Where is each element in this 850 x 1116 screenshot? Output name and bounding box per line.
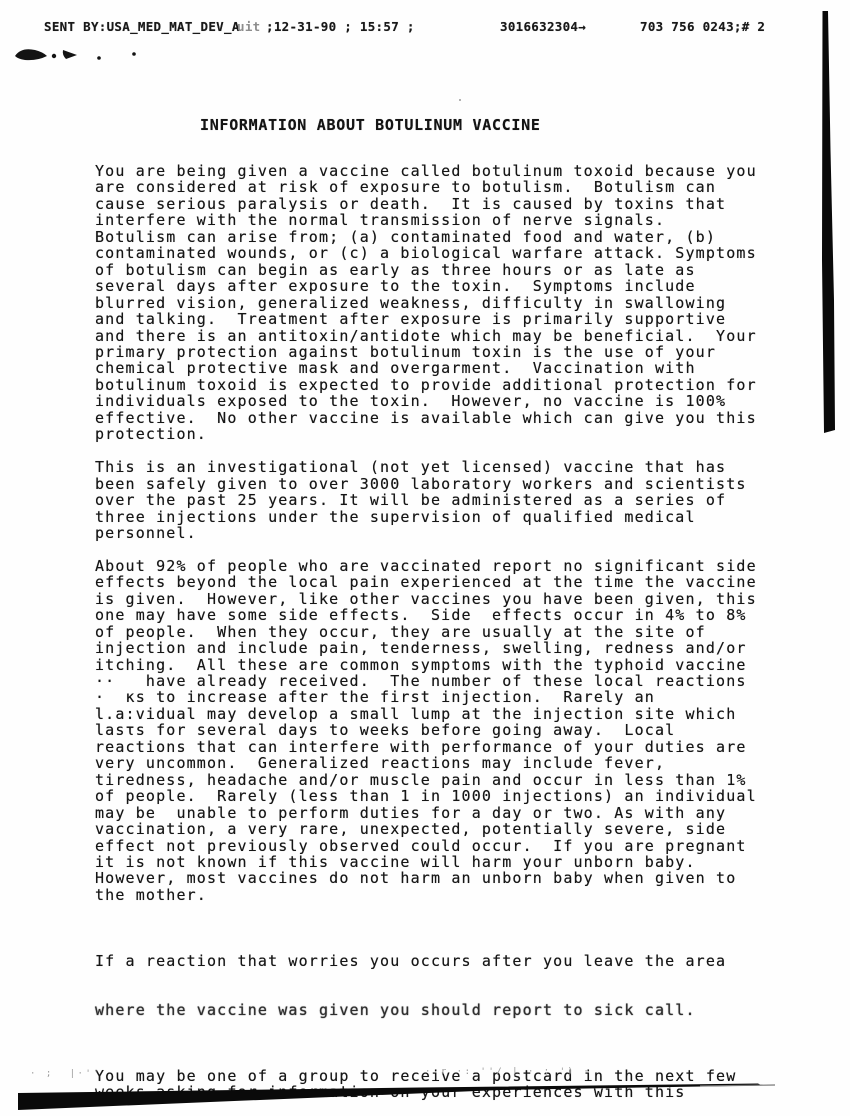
scanned-fax-page: SENT BY:USA_MED_MAT_DEV_A uit ;12-31-90 … <box>0 0 850 1116</box>
fax-sender-id: SENT BY:USA_MED_MAT_DEV_A <box>44 19 240 34</box>
paragraph-side-effects: About 92% of people who are vaccinated r… <box>95 558 785 904</box>
fax-sender-id-faded: uit <box>237 19 260 34</box>
footer-scan-marks-right: · r ·: ''/ | · ; ') · <box>425 1067 591 1077</box>
paragraph-intro-botulism: You are being given a vaccine called bot… <box>95 163 785 443</box>
sick-call-line-1: If a reaction that worries you occurs af… <box>95 953 785 969</box>
paragraph-sick-call: If a reaction that worries you occurs af… <box>95 920 785 1052</box>
ink-smudge <box>15 49 461 101</box>
fax-datetime: ;12-31-90 ; 15:57 ; <box>266 19 415 34</box>
paragraph-investigational: This is an investigational (not yet lice… <box>95 459 785 541</box>
document-title: INFORMATION ABOUT BOTULINUM VACCINE <box>200 116 541 134</box>
sick-call-line-2: where the vaccine was given you should r… <box>95 1002 785 1018</box>
document-body: You are being given a vaccine called bot… <box>95 163 785 1101</box>
right-scan-bar-artifact <box>822 11 835 433</box>
fax-from-number: 3016632304→ <box>500 19 586 34</box>
fax-to-number-page: 703 756 0243;# 2 <box>640 19 765 34</box>
footer-scan-marks-left: · ; |·'' <box>30 1069 101 1079</box>
